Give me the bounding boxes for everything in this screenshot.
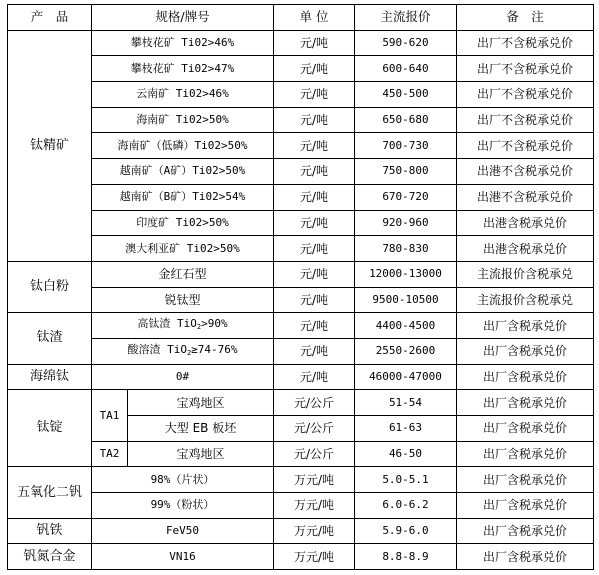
table-row: 越南矿（A矿）Ti02>50% 元/吨 750-800 出港不含税承兑价 — [8, 159, 594, 185]
price-cell: 750-800 — [355, 159, 457, 185]
price-cell: 780-830 — [355, 236, 457, 262]
price-cell: 920-960 — [355, 210, 457, 236]
note-cell: 出厂含税承兑价 — [457, 364, 594, 390]
header-unit: 单 位 — [274, 5, 355, 31]
unit-cell: 元/吨 — [274, 30, 355, 56]
unit-cell: 元/公斤 — [274, 390, 355, 416]
table-row: 锐钛型 元/吨 9500-10500 主流报价含税承兑 — [8, 287, 594, 313]
table-row: 钛白粉 金红石型 元/吨 12000-13000 主流报价含税承兑 — [8, 261, 594, 287]
price-cell: 600-640 — [355, 56, 457, 82]
note-cell: 出厂不含税承兑价 — [457, 30, 594, 56]
price-cell: 6.0-6.2 — [355, 493, 457, 519]
product-cell: 海绵钛 — [8, 364, 92, 390]
header-price: 主流报价 — [355, 5, 457, 31]
spec-cell: 酸溶渣 TiO2≥74-76% — [92, 338, 274, 364]
product-cell: 钒氮合金 — [8, 544, 92, 570]
spec-cell: 锐钛型 — [92, 287, 274, 313]
unit-cell: 万元/吨 — [274, 518, 355, 544]
header-spec: 规格/牌号 — [92, 5, 274, 31]
unit-cell: 万元/吨 — [274, 544, 355, 570]
table-row: 钒铁 FeV50 万元/吨 5.9-6.0 出厂含税承兑价 — [8, 518, 594, 544]
spec-cell: 大型 EB 板坯 — [128, 416, 274, 442]
unit-cell: 元/吨 — [274, 159, 355, 185]
price-table: 产 品 规格/牌号 单 位 主流报价 备 注 钛精矿 攀枝花矿 Ti02>46%… — [7, 4, 594, 570]
spec-cell: 金红石型 — [92, 261, 274, 287]
spec-cell: FeV50 — [92, 518, 274, 544]
price-cell: 590-620 — [355, 30, 457, 56]
header-row: 产 品 规格/牌号 单 位 主流报价 备 注 — [8, 5, 594, 31]
product-cell: 五氧化二钒 — [8, 467, 92, 518]
table-row: 五氧化二钒 98%（片状） 万元/吨 5.0-5.1 出厂含税承兑价 — [8, 467, 594, 493]
unit-cell: 万元/吨 — [274, 493, 355, 519]
note-cell: 出厂含税承兑价 — [457, 518, 594, 544]
grade-cell: TA2 — [92, 441, 128, 467]
unit-cell: 元/吨 — [274, 338, 355, 364]
unit-cell: 元/吨 — [274, 82, 355, 108]
unit-cell: 元/吨 — [274, 261, 355, 287]
note-cell: 出港不含税承兑价 — [457, 184, 594, 210]
spec-cell: VN16 — [92, 544, 274, 570]
table-row: 澳大利亚矿 Ti02>50% 元/吨 780-830 出港含税承兑价 — [8, 236, 594, 262]
header-note: 备 注 — [457, 5, 594, 31]
spec-cell: 高钛渣 TiO2>90% — [92, 313, 274, 339]
price-cell: 46-50 — [355, 441, 457, 467]
unit-cell: 元/吨 — [274, 364, 355, 390]
table-row: 印度矿 Ti02>50% 元/吨 920-960 出港含税承兑价 — [8, 210, 594, 236]
table-row: 钛渣 高钛渣 TiO2>90% 元/吨 4400-4500 出厂含税承兑价 — [8, 313, 594, 339]
table-row: 钛精矿 攀枝花矿 Ti02>46% 元/吨 590-620 出厂不含税承兑价 — [8, 30, 594, 56]
product-cell: 钛渣 — [8, 313, 92, 364]
unit-cell: 元/吨 — [274, 287, 355, 313]
spec-cell: 印度矿 Ti02>50% — [92, 210, 274, 236]
price-cell: 670-720 — [355, 184, 457, 210]
spec-cell: 越南矿（B矿）Ti02>54% — [92, 184, 274, 210]
spec-cell: 99%（粉状） — [92, 493, 274, 519]
price-cell: 51-54 — [355, 390, 457, 416]
spec-cell: 澳大利亚矿 Ti02>50% — [92, 236, 274, 262]
table-row: 海南矿 Ti02>50% 元/吨 650-680 出厂不含税承兑价 — [8, 107, 594, 133]
note-cell: 出厂不含税承兑价 — [457, 133, 594, 159]
price-cell: 5.0-5.1 — [355, 467, 457, 493]
price-cell: 46000-47000 — [355, 364, 457, 390]
note-cell: 出厂不含税承兑价 — [457, 107, 594, 133]
table-row: 酸溶渣 TiO2≥74-76% 元/吨 2550-2600 出厂含税承兑价 — [8, 338, 594, 364]
table-row: 云南矿 Ti02>46% 元/吨 450-500 出厂不含税承兑价 — [8, 82, 594, 108]
table-row: 海绵钛 0# 元/吨 46000-47000 出厂含税承兑价 — [8, 364, 594, 390]
spec-cell: 云南矿 Ti02>46% — [92, 82, 274, 108]
product-cell: 钒铁 — [8, 518, 92, 544]
note-cell: 出厂含税承兑价 — [457, 441, 594, 467]
note-cell: 主流报价含税承兑 — [457, 287, 594, 313]
price-cell: 2550-2600 — [355, 338, 457, 364]
table-row: 越南矿（B矿）Ti02>54% 元/吨 670-720 出港不含税承兑价 — [8, 184, 594, 210]
price-cell: 61-63 — [355, 416, 457, 442]
unit-cell: 元/吨 — [274, 56, 355, 82]
price-cell: 9500-10500 — [355, 287, 457, 313]
price-cell: 700-730 — [355, 133, 457, 159]
unit-cell: 元/公斤 — [274, 416, 355, 442]
header-product: 产 品 — [8, 5, 92, 31]
unit-cell: 元/吨 — [274, 313, 355, 339]
table-row: 钒氮合金 VN16 万元/吨 8.8-8.9 出厂含税承兑价 — [8, 544, 594, 570]
unit-cell: 元/吨 — [274, 210, 355, 236]
note-cell: 出厂含税承兑价 — [457, 390, 594, 416]
price-cell: 450-500 — [355, 82, 457, 108]
table-row: 海南矿（低磷）Ti02>50% 元/吨 700-730 出厂不含税承兑价 — [8, 133, 594, 159]
table-row: 攀枝花矿 Ti02>47% 元/吨 600-640 出厂不含税承兑价 — [8, 56, 594, 82]
spec-cell: 海南矿（低磷）Ti02>50% — [92, 133, 274, 159]
spec-cell: 攀枝花矿 Ti02>46% — [92, 30, 274, 56]
note-cell: 出厂含税承兑价 — [457, 338, 594, 364]
spec-cell: 海南矿 Ti02>50% — [92, 107, 274, 133]
note-cell: 出厂含税承兑价 — [457, 467, 594, 493]
grade-cell: TA1 — [92, 390, 128, 441]
table-row: 钛锭 TA1 宝鸡地区 元/公斤 51-54 出厂含税承兑价 — [8, 390, 594, 416]
unit-cell: 万元/吨 — [274, 467, 355, 493]
unit-cell: 元/吨 — [274, 184, 355, 210]
product-cell: 钛精矿 — [8, 30, 92, 261]
note-cell: 出港不含税承兑价 — [457, 159, 594, 185]
note-cell: 出厂含税承兑价 — [457, 416, 594, 442]
unit-cell: 元/公斤 — [274, 441, 355, 467]
unit-cell: 元/吨 — [274, 107, 355, 133]
note-cell: 出厂不含税承兑价 — [457, 82, 594, 108]
note-cell: 出厂含税承兑价 — [457, 493, 594, 519]
product-cell: 钛锭 — [8, 390, 92, 467]
price-cell: 650-680 — [355, 107, 457, 133]
note-cell: 出厂不含税承兑价 — [457, 56, 594, 82]
unit-cell: 元/吨 — [274, 236, 355, 262]
spec-cell: 宝鸡地区 — [128, 390, 274, 416]
spec-cell: 攀枝花矿 Ti02>47% — [92, 56, 274, 82]
note-cell: 主流报价含税承兑 — [457, 261, 594, 287]
price-cell: 5.9-6.0 — [355, 518, 457, 544]
note-cell: 出港含税承兑价 — [457, 236, 594, 262]
table-row: TA2 宝鸡地区 元/公斤 46-50 出厂含税承兑价 — [8, 441, 594, 467]
price-cell: 4400-4500 — [355, 313, 457, 339]
spec-cell: 越南矿（A矿）Ti02>50% — [92, 159, 274, 185]
spec-cell: 宝鸡地区 — [128, 441, 274, 467]
unit-cell: 元/吨 — [274, 133, 355, 159]
note-cell: 出厂含税承兑价 — [457, 313, 594, 339]
note-cell: 出厂含税承兑价 — [457, 544, 594, 570]
spec-cell: 98%（片状） — [92, 467, 274, 493]
product-cell: 钛白粉 — [8, 261, 92, 312]
price-cell: 12000-13000 — [355, 261, 457, 287]
table-row: 99%（粉状） 万元/吨 6.0-6.2 出厂含税承兑价 — [8, 493, 594, 519]
note-cell: 出港含税承兑价 — [457, 210, 594, 236]
spec-cell: 0# — [92, 364, 274, 390]
price-cell: 8.8-8.9 — [355, 544, 457, 570]
